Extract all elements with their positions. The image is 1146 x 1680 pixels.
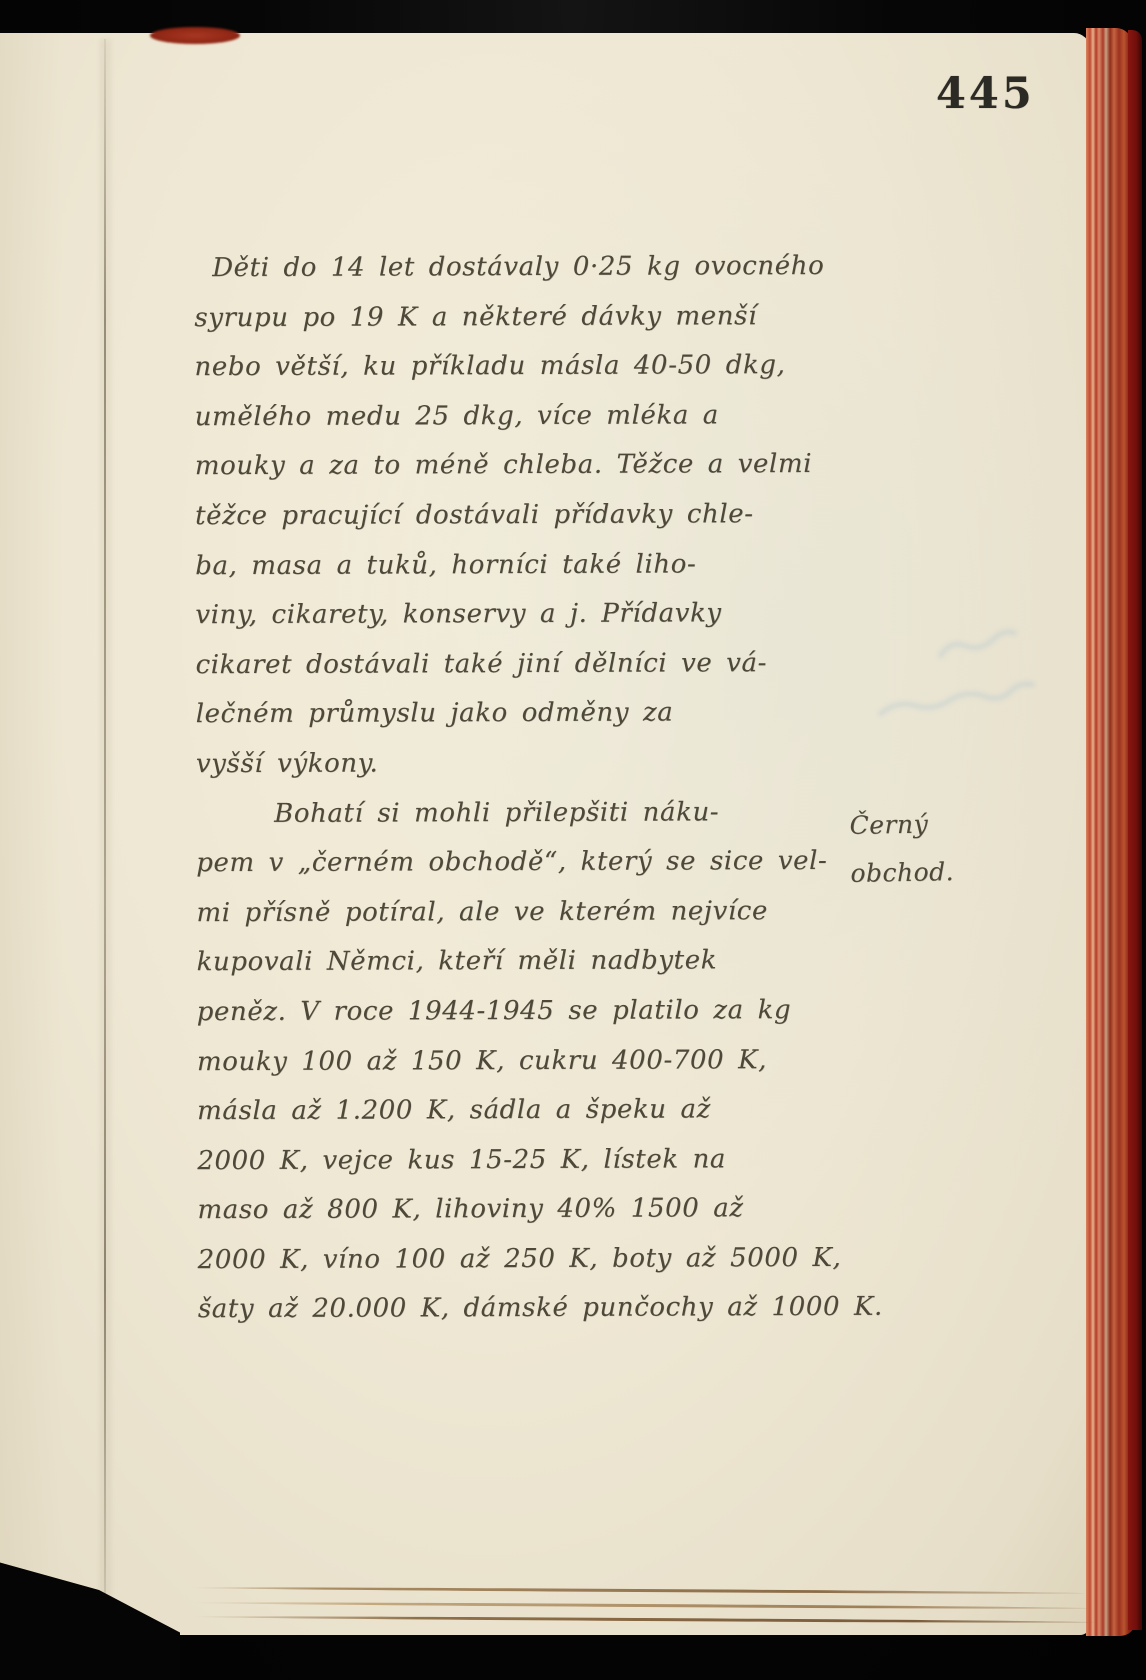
handwritten-line: viny, cikarety, konservy a j. Přídavky xyxy=(195,589,855,641)
handwritten-line: másla až 1.200 K, sádla a špeku až xyxy=(197,1085,857,1137)
handwriting-block: Děti do 14 let dostávaly 0·25 kg ovocnéh… xyxy=(194,242,858,1335)
book-cover-edge xyxy=(1128,30,1142,1630)
handwritten-line: nebo větší, ku příkladu másla 40-50 dkg, xyxy=(194,341,854,393)
handwritten-line: 2000 K, víno 100 až 250 K, boty až 5000 … xyxy=(198,1234,858,1286)
handwritten-line: pem v „černém obchodě“, který se sice ve… xyxy=(196,837,856,889)
handwritten-line: mi přísně potíral, ale ve kterém nejvíce xyxy=(196,887,856,939)
page-number: 445 xyxy=(936,69,1035,119)
gutter-crease xyxy=(104,39,106,1599)
manuscript-page: 445 Děti do 14 let dostávaly 0·25 kg ovo… xyxy=(0,33,1090,1635)
handwritten-line: kupovali Němci, kteří měli nadbytek xyxy=(197,936,857,988)
margin-note: Černý obchod. xyxy=(849,800,954,898)
handwritten-line: šaty až 20.000 K, dámské punčochy až 100… xyxy=(198,1283,858,1335)
show-through-text xyxy=(862,613,1077,753)
handwritten-line: maso až 800 K, lihoviny 40% 1500 až xyxy=(197,1184,857,1236)
margin-note-line: obchod. xyxy=(850,848,954,898)
handwritten-line: Děti do 14 let dostávaly 0·25 kg ovocnéh… xyxy=(194,242,854,294)
handwritten-line: 2000 K, vejce kus 15-25 K, lístek na xyxy=(197,1135,857,1187)
red-spine-glimpse xyxy=(150,27,240,44)
handwritten-line: umělého medu 25 dkg, více mléka a xyxy=(195,391,855,443)
margin-note-line: Černý xyxy=(849,800,953,850)
handwritten-line: peněz. V roce 1944-1945 se platilo za kg xyxy=(197,986,857,1038)
handwritten-line: mouky 100 až 150 K, cukru 400-700 K, xyxy=(197,1035,857,1087)
handwritten-line: ba, masa a tuků, horníci také liho- xyxy=(195,539,855,591)
scanned-book-photo: 445 Děti do 14 let dostávaly 0·25 kg ovo… xyxy=(0,0,1146,1680)
handwritten-line: vyšší výkony. xyxy=(196,738,856,790)
handwritten-line: Bohatí si mohli přilepšiti náku- xyxy=(196,787,856,839)
handwritten-line: lečném průmyslu jako odměny za xyxy=(196,688,856,740)
handwritten-line: cikaret dostávali také jiní dělníci ve v… xyxy=(195,639,855,691)
facing-page-shade xyxy=(0,33,104,1635)
handwritten-line: mouky a za to méně chleba. Těžce a velmi xyxy=(195,440,855,492)
handwritten-line: těžce pracující dostávali přídavky chle- xyxy=(195,490,855,542)
handwritten-line: syrupu po 19 K a některé dávky menší xyxy=(194,291,854,343)
